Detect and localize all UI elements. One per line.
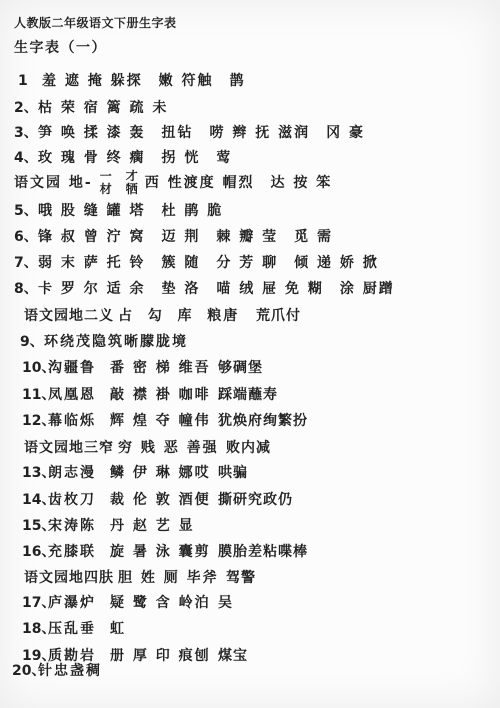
vocab-row-1: 1羞 遮 掩 躲探 嫩 符触 鹊 <box>18 73 246 89</box>
vocab-row-2: 2、枯 荣 宿 篱 疏 未 <box>14 100 168 116</box>
garden-unit-4-row: 语文园地四肤胆 姓 厕 毕斧驾警 <box>24 570 256 586</box>
row-col3: 够碉堡 <box>218 360 263 376</box>
row-number: 1 <box>18 73 42 89</box>
row-col2: 敲 襟 褂 咖啡 <box>110 387 218 403</box>
garden-unit-1-row: 语文园 地- 一材 才牺 西 性渡度 帽烈 达 按 笨 <box>14 170 332 196</box>
vocab-row-20: 20、针忠盏稠 <box>12 663 102 679</box>
row-characters: 玫 瑰 骨 终 瘸 拐 恍 莺 <box>38 150 232 166</box>
row-name: 朗志漫 <box>48 465 110 481</box>
vocab-row-17: 17、庐瀑炉疑 鹭 含 岭泊吴 <box>22 595 233 611</box>
row-number: 12、 <box>22 413 48 429</box>
vocab-row-15: 15、宋涛陈丹 赵 艺 显 <box>22 518 218 534</box>
row-col2: 胆 姓 厕 毕斧 <box>118 570 226 586</box>
row-col2: 裁 伦 敦 酒便 <box>110 492 218 508</box>
row-name: 幕临烁 <box>48 413 110 429</box>
page-title: 人教版二年级语文下册生字表 <box>14 15 177 31</box>
row-col2: 占 勾 库 粮唐 <box>118 308 256 324</box>
row-col3: 煤宝 <box>218 648 248 664</box>
vocab-row-4: 4、玫 瑰 骨 终 瘸 拐 恍 莺 <box>14 150 232 166</box>
vocab-row-12: 12、幕临烁辉 煌 夺 幢伟犹焕府绚繁扮 <box>22 413 308 429</box>
row-characters: 西 性渡度 帽烈 达 按 笨 <box>145 175 333 191</box>
row-col3: 败内减 <box>226 440 271 456</box>
row-number: 14、 <box>22 492 48 508</box>
row-name: 压乱垂 <box>48 621 110 637</box>
row-col2: 旋 暑 泳 囊剪 <box>110 544 218 560</box>
row-col2: 番 密 梯 维吾 <box>110 360 218 376</box>
row-col2: 册 厚 印 痕刨 <box>110 648 218 664</box>
garden-unit-2-row: 语文园地二义占 勾 库 粮唐荒爪付 <box>24 308 301 324</box>
row-name: 凤凰恩 <box>48 387 110 403</box>
row-name: 针忠盏稠 <box>38 663 102 679</box>
row-col2: 辉 煌 夺 幢伟 <box>110 413 218 429</box>
section-heading: 生字表（一） <box>14 40 107 56</box>
garden-label: 语文园地四肤 <box>24 570 118 586</box>
row-number: 2、 <box>14 100 38 116</box>
row-number: 5、 <box>14 203 38 219</box>
row-number: 15、 <box>22 518 48 534</box>
row-number: 18、 <box>22 621 48 637</box>
row-col3: 驾警 <box>226 570 256 586</box>
garden-unit-3-row: 语文园地三窄穷 贱 恶 善强败内减 <box>24 440 271 456</box>
row-number: 9、 <box>20 334 44 350</box>
garden-label: 语文园地三窄 <box>24 440 118 456</box>
row-number: 6、 <box>14 229 38 245</box>
row-col2: 穷 贱 恶 善强 <box>118 440 226 456</box>
vocab-row-7: 7、弱 末 萨 托 铃 簇 随 分 芳 聊 倾 递 娇 掀 <box>14 255 379 271</box>
vocab-row-8: 8、卡 罗 尔 适 余 垫 洛 喵 绒 屉 免 糊 涂 厨蹭 <box>14 281 395 297</box>
row-name: 庐瀑炉 <box>48 595 110 611</box>
row-number: 16、 <box>22 544 48 560</box>
row-col3: 吴 <box>218 595 233 611</box>
vocab-row-11: 11、凤凰恩敲 襟 褂 咖啡踩端蘸寿 <box>22 387 278 403</box>
vocab-row-18: 18、压乱垂虹 <box>22 621 218 637</box>
row-characters: 环绕茂隐筑晰朦胧境 <box>44 334 188 350</box>
stack-bottom: 牺 <box>126 183 138 196</box>
row-col3: 撕研究政仍 <box>218 492 293 508</box>
row-col2: 虹 <box>110 621 218 637</box>
vocab-row-10: 10、沟疆鲁番 密 梯 维吾够碉堡 <box>22 360 263 376</box>
row-name: 齿枚刀 <box>48 492 110 508</box>
row-characters: 哦 股 缝 罐 塔 杜 鹃 脆 <box>38 203 223 219</box>
row-characters: 锋 叔 曾 泞 窝 迈 荆 棘 瓣 莹 觅 需 <box>38 229 333 245</box>
vocab-row-14: 14、齿枚刀裁 伦 敦 酒便撕研究政仍 <box>22 492 293 508</box>
vocab-row-9: 9、环绕茂隐筑晰朦胧境 <box>20 334 188 350</box>
row-name: 宋涛陈 <box>48 518 110 534</box>
row-col3: 膜胎差粘喋棒 <box>218 544 308 560</box>
row-characters: 笋 唤 揉 漆 轰 扭钻 唠 辫 抚 滋润 冈 豪 <box>38 125 365 141</box>
row-number: 3、 <box>14 125 38 141</box>
row-col3: 踩端蘸寿 <box>218 387 278 403</box>
row-number: 17、 <box>22 595 48 611</box>
row-number: 13、 <box>22 465 48 481</box>
row-number: 10、 <box>22 360 48 376</box>
vocab-row-13: 13、朗志漫鳞 伊 琳 娜哎哄骗 <box>22 465 248 481</box>
row-col2: 鳞 伊 琳 娜哎 <box>110 465 218 481</box>
stacked-characters: 才牺 <box>126 170 138 196</box>
row-characters: 枯 荣 宿 篱 疏 未 <box>38 100 168 116</box>
vocab-row-5: 5、哦 股 缝 罐 塔 杜 鹃 脆 <box>14 203 223 219</box>
row-col3: 犹焕府绚繁扮 <box>218 413 308 429</box>
row-number: 7、 <box>14 255 38 271</box>
row-name: 充膝联 <box>48 544 110 560</box>
vocab-row-6: 6、锋 叔 曾 泞 窝 迈 荆 棘 瓣 莹 觅 需 <box>14 229 333 245</box>
row-name: 质勘岩 <box>48 648 110 664</box>
garden-label: 语文园 地- <box>14 175 93 191</box>
stack-bottom: 材 <box>100 183 112 196</box>
stacked-characters: 一材 <box>100 170 112 196</box>
row-number: 20、 <box>12 663 38 679</box>
row-col2: 疑 鹭 含 岭泊 <box>110 595 218 611</box>
row-col3: 荒爪付 <box>256 308 301 324</box>
row-col3: 哄骗 <box>218 465 248 481</box>
vocab-row-16: 16、充膝联旋 暑 泳 囊剪膜胎差粘喋棒 <box>22 544 308 560</box>
row-number: 19、 <box>22 648 48 664</box>
document-page: 人教版二年级语文下册生字表 生字表（一） 1羞 遮 掩 躲探 嫩 符触 鹊 2、… <box>0 0 500 708</box>
garden-label: 语文园地二义 <box>24 308 118 324</box>
row-number: 11、 <box>22 387 48 403</box>
vocab-row-19: 19、质勘岩册 厚 印 痕刨煤宝 <box>22 648 248 664</box>
row-number: 4、 <box>14 150 38 166</box>
row-name: 沟疆鲁 <box>48 360 110 376</box>
row-col2: 丹 赵 艺 显 <box>110 518 218 534</box>
row-number: 8、 <box>14 281 38 297</box>
row-characters: 卡 罗 尔 适 余 垫 洛 喵 绒 屉 免 糊 涂 厨蹭 <box>38 281 395 297</box>
vocab-row-3: 3、笋 唤 揉 漆 轰 扭钻 唠 辫 抚 滋润 冈 豪 <box>14 125 365 141</box>
row-characters: 弱 末 萨 托 铃 簇 随 分 芳 聊 倾 递 娇 掀 <box>38 255 379 271</box>
row-characters: 羞 遮 掩 躲探 嫩 符触 鹊 <box>42 73 246 89</box>
